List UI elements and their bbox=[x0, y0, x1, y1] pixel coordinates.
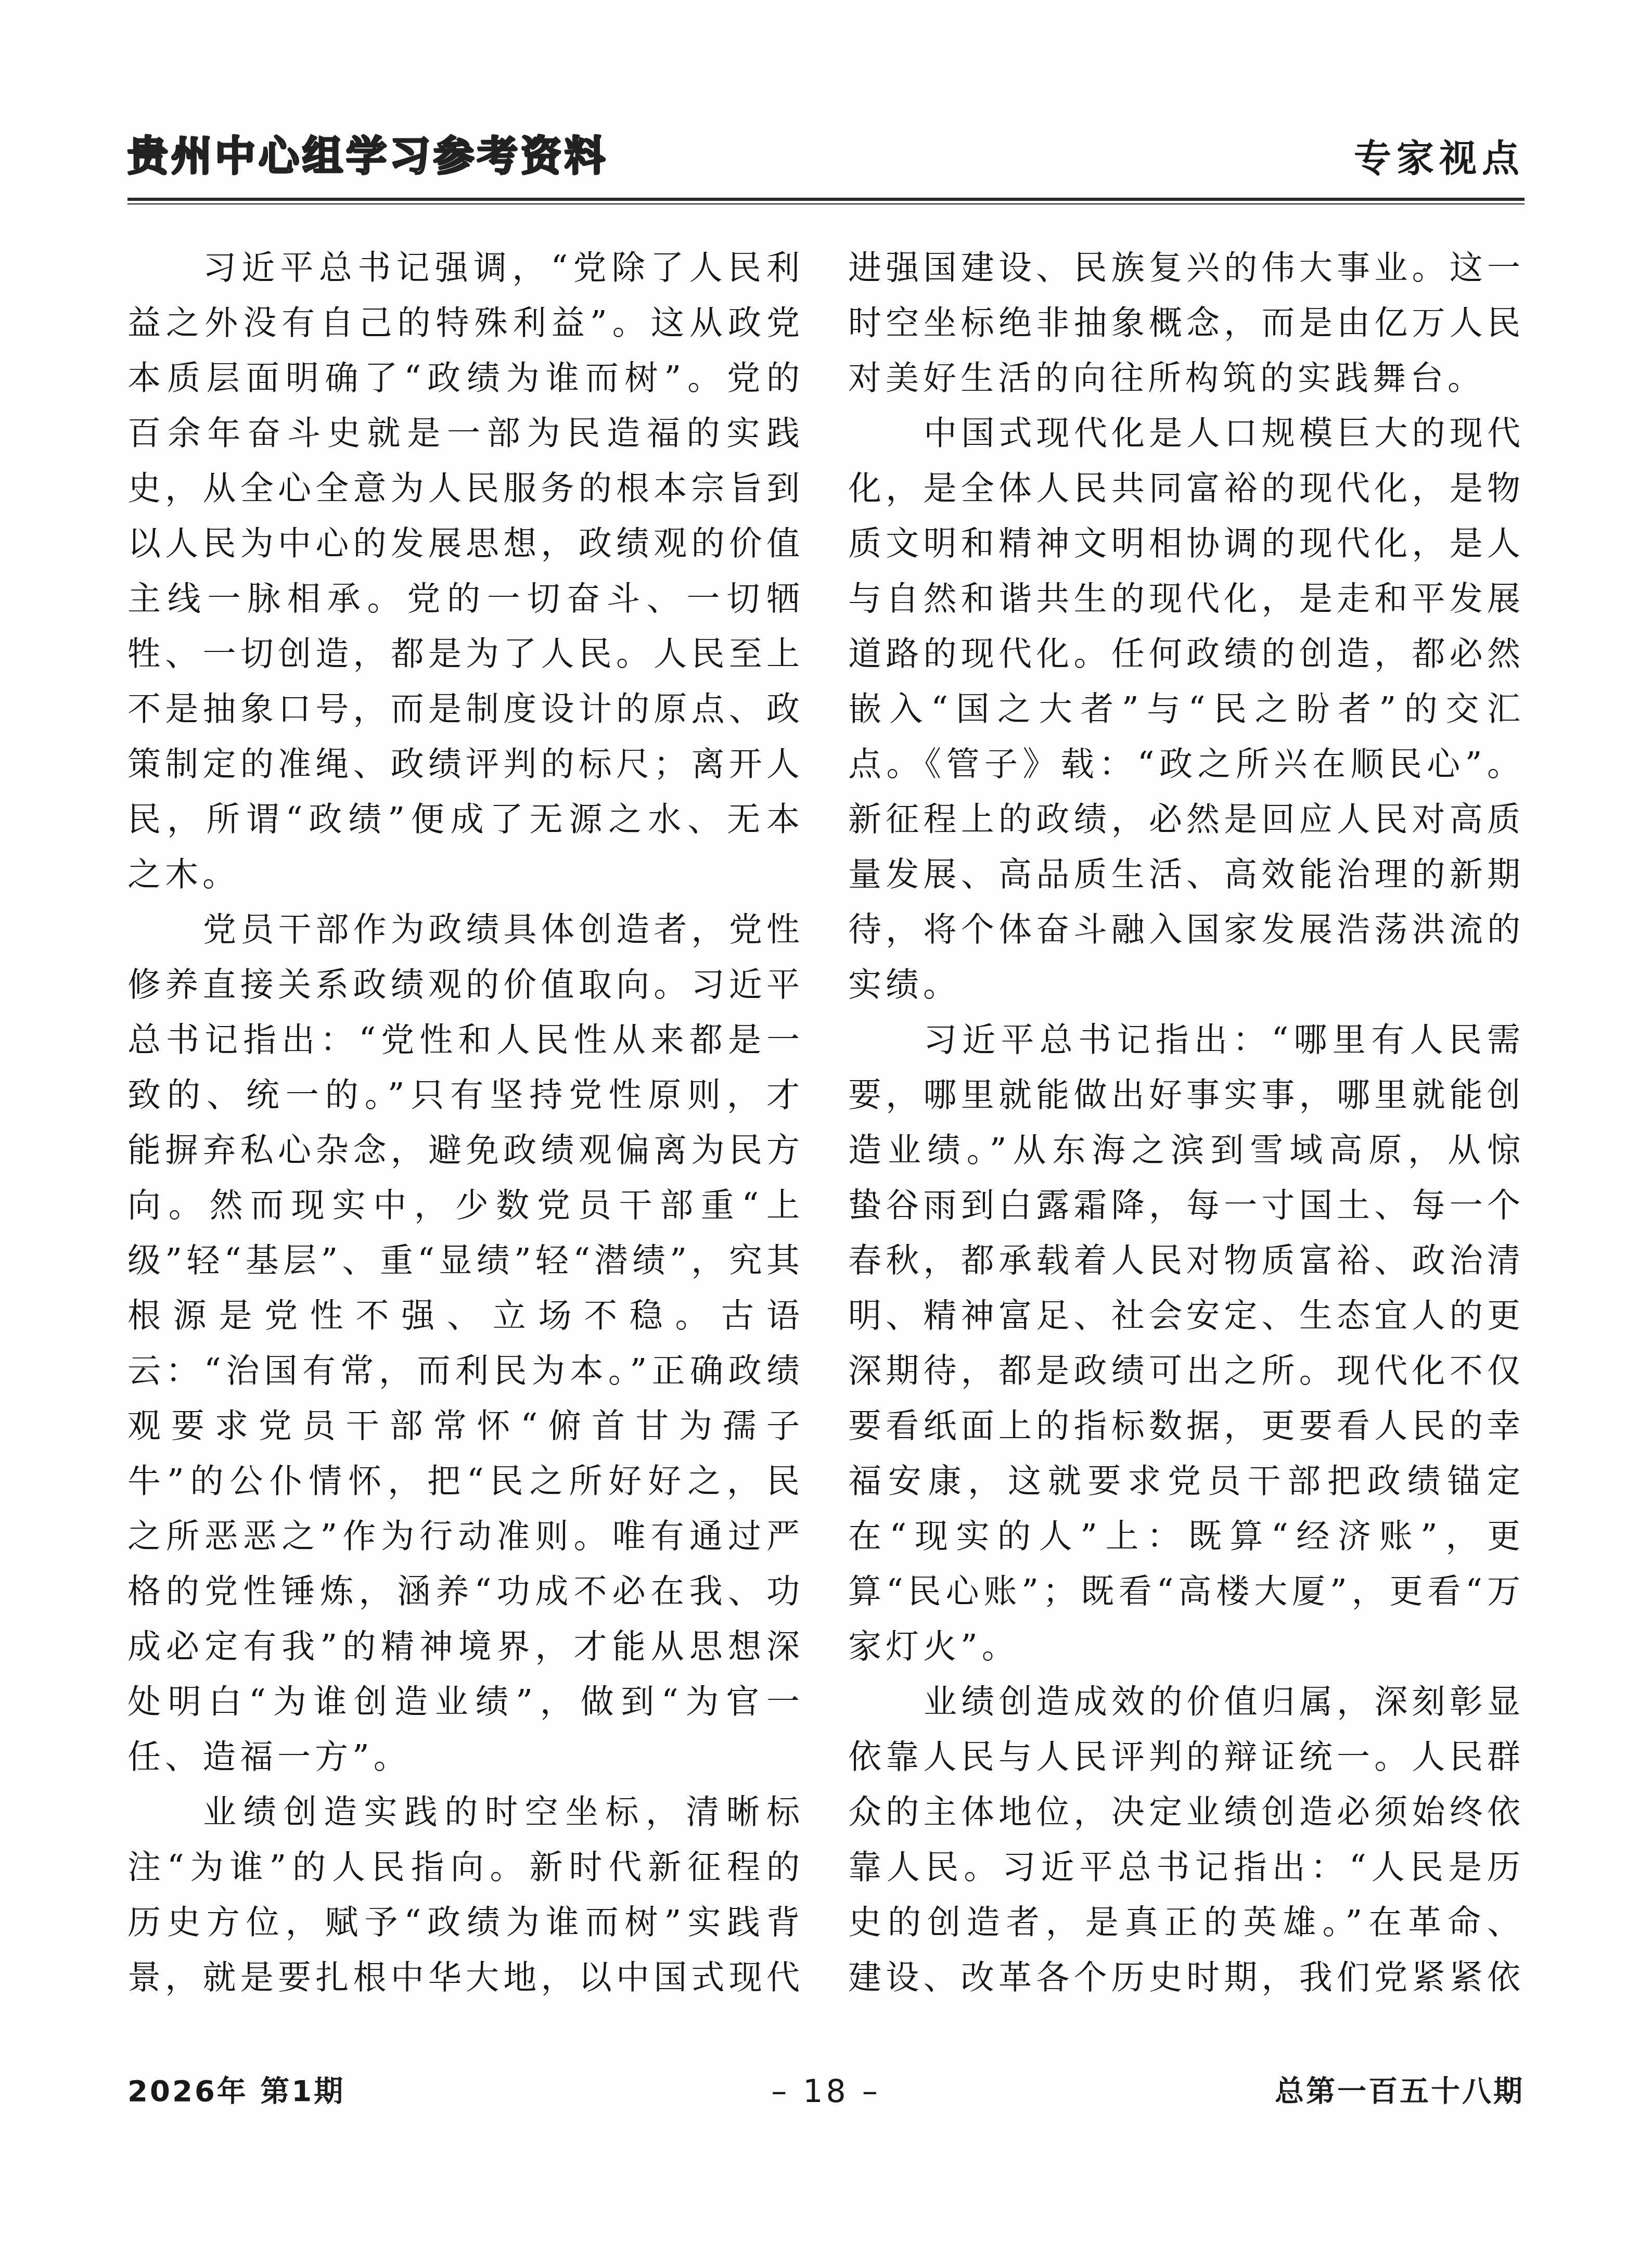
paragraph: 党员干部作为政绩具体创造者，党性修养直接关系政绩观的价值取向。习近平总书记指出：… bbox=[127, 902, 804, 1785]
paragraph-continuation: 进强国建设、民族复兴的伟大事业。这一时空坐标绝非抽象概念，而是由亿万人民对美好生… bbox=[848, 240, 1525, 406]
page-footer: 2026年 第1期 – 18 – 总第一百五十八期 bbox=[127, 2068, 1525, 2110]
paragraph: 习近平总书记指出：“哪里有人民需要，哪里就能做出好事实事，哪里就能创造业绩。”从… bbox=[848, 1013, 1525, 1674]
magazine-page: 贵州中心组学习参考资料 专家视点 习近平总书记强调，“党除了人民利益之外没有自己… bbox=[0, 0, 1652, 2242]
section-label: 专家视点 bbox=[1354, 128, 1525, 182]
left-column: 习近平总书记强调，“党除了人民利益之外没有自己的特殊利益”。这从政党本质层面明确… bbox=[127, 240, 804, 2015]
paragraph: 业绩创造实践的时空坐标，清晰标注“为谁”的人民指向。新时代新征程的历史方位，赋予… bbox=[127, 1785, 804, 2015]
paragraph: 业绩创造成效的价值归属，深刻彰显依靠人民与人民评判的辩证统一。人民群众的主体地位… bbox=[848, 1674, 1525, 2015]
journal-name: 贵州中心组学习参考资料 bbox=[127, 124, 608, 182]
right-column: 进强国建设、民族复兴的伟大事业。这一时空坐标绝非抽象概念，而是由亿万人民对美好生… bbox=[848, 240, 1525, 2015]
page-number: – 18 – bbox=[771, 2073, 881, 2110]
article-body: 习近平总书记强调，“党除了人民利益之外没有自己的特殊利益”。这从政党本质层面明确… bbox=[127, 240, 1525, 2015]
header-rule bbox=[127, 198, 1525, 204]
issue-label: 2026年 第1期 bbox=[127, 2068, 345, 2110]
paragraph: 中国式现代化是人口规模巨大的现代化，是全体人民共同富裕的现代化，是物质文明和精神… bbox=[848, 406, 1525, 1013]
cumulative-issue-label: 总第一百五十八期 bbox=[1275, 2068, 1525, 2110]
paragraph: 习近平总书记强调，“党除了人民利益之外没有自己的特殊利益”。这从政党本质层面明确… bbox=[127, 240, 804, 902]
